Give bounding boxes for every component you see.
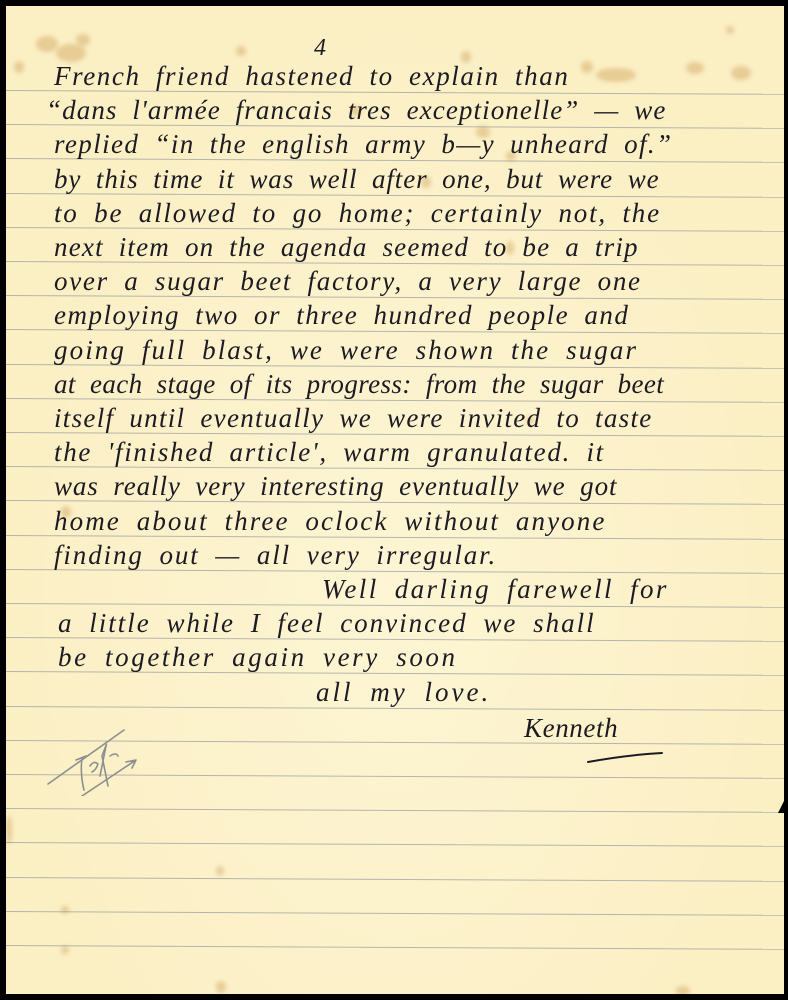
closing-line: Well darling farewell for	[322, 576, 669, 603]
signature-underline	[586, 751, 666, 765]
stain	[676, 986, 690, 994]
letter-line: home about three oclock without anyone	[54, 508, 606, 535]
stain	[36, 36, 58, 52]
pencil-initials-mark	[46, 726, 146, 796]
stain	[596, 68, 636, 82]
letter-line: replied “in the english army b—y unheard…	[54, 131, 672, 158]
letter-line: itself until eventually we were invited …	[54, 405, 653, 432]
letter-line: French friend hastened to explain than	[54, 63, 569, 90]
letter-line: was really very interesting eventually w…	[54, 473, 617, 500]
letter-line: going full blast, we were shown the suga…	[54, 337, 638, 364]
stain	[581, 61, 593, 73]
page-number: 4	[314, 36, 328, 60]
stain	[61, 946, 69, 954]
stain	[14, 61, 24, 73]
letter-line: employing two or three hundred people an…	[54, 302, 629, 329]
ruled-line	[6, 945, 784, 950]
stain	[61, 906, 69, 914]
stain	[6, 816, 12, 844]
stain	[216, 981, 226, 993]
stain	[216, 866, 224, 876]
letter-line: by this time it was well after one, but …	[54, 166, 660, 193]
letter-page: 4 French friend hastened to explain than…	[6, 6, 784, 994]
stain	[686, 62, 704, 74]
letter-line: the 'finished article', warm granulated.…	[54, 439, 605, 466]
closing-line: be together again very soon	[58, 644, 458, 671]
letter-line: next item on the agenda seemed to be a t…	[54, 234, 639, 261]
letter-line: finding out — all very irregular.	[54, 542, 497, 569]
letter-line: at each stage of its progress: from the …	[54, 371, 664, 398]
stain	[726, 26, 734, 34]
stain	[56, 44, 86, 62]
stain	[76, 34, 90, 46]
stain	[236, 46, 246, 56]
letter-line: “dans l'armée francais tres exceptionell…	[46, 97, 666, 124]
valediction: all my love.	[316, 679, 491, 706]
letter-line: over a sugar beet factory, a very large …	[54, 268, 642, 295]
ruled-line	[6, 911, 784, 916]
closing-line: a little while I feel convinced we shall	[58, 610, 596, 637]
letter-line: to be allowed to go home; certainly not,…	[54, 200, 661, 227]
signature: Kenneth	[524, 715, 618, 742]
ruled-line	[6, 842, 784, 847]
ruled-line	[6, 877, 784, 882]
paper-tear	[778, 801, 784, 813]
ruled-line	[6, 808, 784, 813]
stain	[731, 66, 751, 80]
